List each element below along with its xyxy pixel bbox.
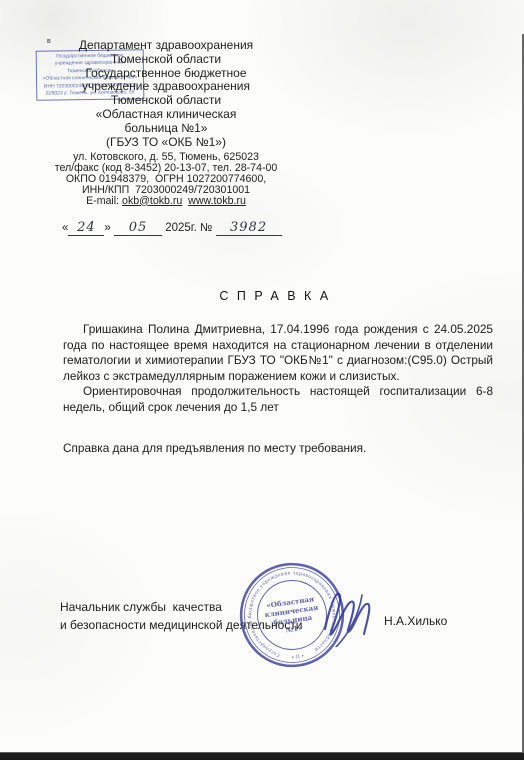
org-line: больница №1» [40,122,292,136]
signer-name: Н.А.Хилько [384,614,447,628]
scan-edge-bottom [0,752,524,760]
org-line: Департамент здравоохранения [40,39,292,53]
scanned-certificate-page: Государственное бюджетное учреждение здр… [0,0,524,760]
handwritten-month: 05 [114,220,162,236]
org-name-abbrev: (ГБУЗ ТО «ОКБ №1») [40,136,292,150]
email-label: E-mail: [86,195,119,207]
body-paragraph-patient: Гришакина Полина Дмитриевна, 17.04.1996 … [63,322,493,384]
org-line: учреждение здравоохранения [40,80,292,94]
number-sign: № [200,222,212,234]
handwritten-day: 24 [68,220,104,236]
org-line: Государственное бюджетное [40,67,292,81]
org-line: Тюменской области [40,94,292,108]
seal-bottom-mark: • II • [291,653,305,661]
handwritten-signature [318,577,382,647]
org-line: «Областная клиническая [40,108,292,122]
email-link: okb@tokb.ru [122,195,182,207]
email-line: E-mail: okb@tokb.ru www.tokb.ru [40,196,292,207]
letterhead: Департамент здравоохранения Тюменской об… [40,39,292,206]
address-block: ул. Котовского, д. 55, Тюмень, 625023 те… [40,152,292,206]
body-paragraph-purpose: Справка дана для предъявления по месту т… [63,441,493,457]
certificate-title: СПРАВКА [63,289,493,303]
body-paragraph-duration: Ориентировочная продолжительность настоя… [63,384,493,415]
year-label: 2025г. [165,222,197,234]
handwritten-doc-number: 3982 [216,220,282,236]
website-link: www.tokb.ru [188,195,246,207]
signature-stroke [325,594,369,635]
close-quote: » [104,222,110,234]
date-number-row: «24» 05 2025г. № 3982 [62,220,282,236]
seal-center-line: №1» [285,623,303,634]
org-line: Тюменской области [40,53,292,67]
certificate-body: Гришакина Полина Дмитриевна, 17.04.1996 … [63,322,493,456]
